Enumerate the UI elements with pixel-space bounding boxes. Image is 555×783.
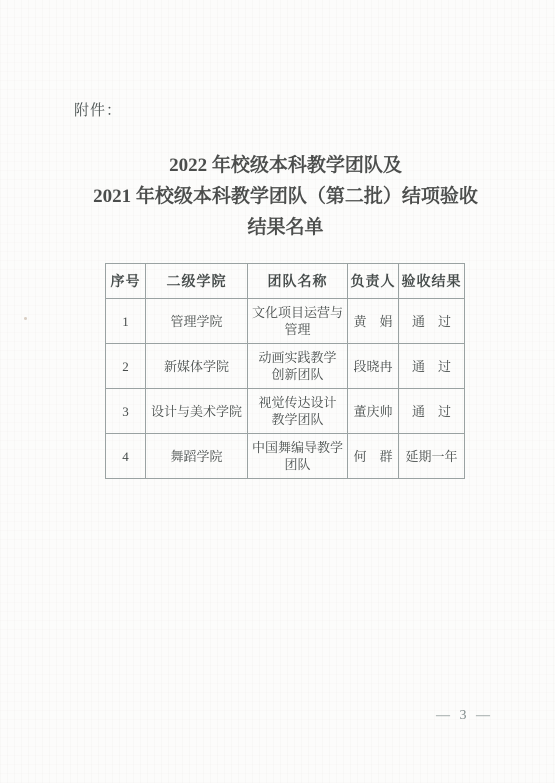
scan-speck (24, 317, 27, 320)
title-line-3: 结果名单 (8, 212, 555, 243)
cell-result: 通 过 (399, 344, 465, 389)
attachment-label: 附件： (74, 99, 122, 120)
table-row: 3 设计与美术学院 视觉传达设计 教学团队 董庆帅 通 过 (106, 389, 465, 434)
cell-college: 新媒体学院 (146, 344, 248, 389)
header-cell-leader: 负责人 (348, 264, 399, 299)
cell-result: 通 过 (399, 299, 465, 344)
cell-team: 视觉传达设计 教学团队 (248, 389, 348, 434)
cell-no: 3 (106, 389, 146, 434)
cell-team: 动画实践教学 创新团队 (248, 344, 348, 389)
cell-leader: 何 群 (348, 434, 399, 479)
cell-result: 延期一年 (399, 434, 465, 479)
cell-team: 文化项目运营与 管理 (248, 299, 348, 344)
table-header-row: 序号 二级学院 团队名称 负责人 验收结果 (106, 264, 465, 299)
cell-college: 舞蹈学院 (146, 434, 248, 479)
title-line-1: 2022 年校级本科教学团队及 (8, 150, 555, 181)
cell-team: 中国舞编导教学 团队 (248, 434, 348, 479)
document-page: 附件： 2022 年校级本科教学团队及 2021 年校级本科教学团队（第二批）结… (0, 0, 555, 783)
results-table: 序号 二级学院 团队名称 负责人 验收结果 1 管理学院 文化项目运营与 管理 … (105, 263, 465, 479)
cell-no: 1 (106, 299, 146, 344)
cell-college: 管理学院 (146, 299, 248, 344)
header-cell-team: 团队名称 (248, 264, 348, 299)
table-row: 4 舞蹈学院 中国舞编导教学 团队 何 群 延期一年 (106, 434, 465, 479)
cell-leader: 黄 娟 (348, 299, 399, 344)
cell-result: 通 过 (399, 389, 465, 434)
title-line-2: 2021 年校级本科教学团队（第二批）结项验收 (8, 181, 555, 212)
table-row: 1 管理学院 文化项目运营与 管理 黄 娟 通 过 (106, 299, 465, 344)
header-cell-college: 二级学院 (146, 264, 248, 299)
page-number: — 3 — (436, 708, 493, 724)
document-title: 2022 年校级本科教学团队及 2021 年校级本科教学团队（第二批）结项验收 … (8, 150, 555, 243)
cell-college: 设计与美术学院 (146, 389, 248, 434)
header-cell-no: 序号 (106, 264, 146, 299)
cell-leader: 董庆帅 (348, 389, 399, 434)
cell-leader: 段晓冉 (348, 344, 399, 389)
table-row: 2 新媒体学院 动画实践教学 创新团队 段晓冉 通 过 (106, 344, 465, 389)
cell-no: 4 (106, 434, 146, 479)
header-cell-result: 验收结果 (399, 264, 465, 299)
cell-no: 2 (106, 344, 146, 389)
